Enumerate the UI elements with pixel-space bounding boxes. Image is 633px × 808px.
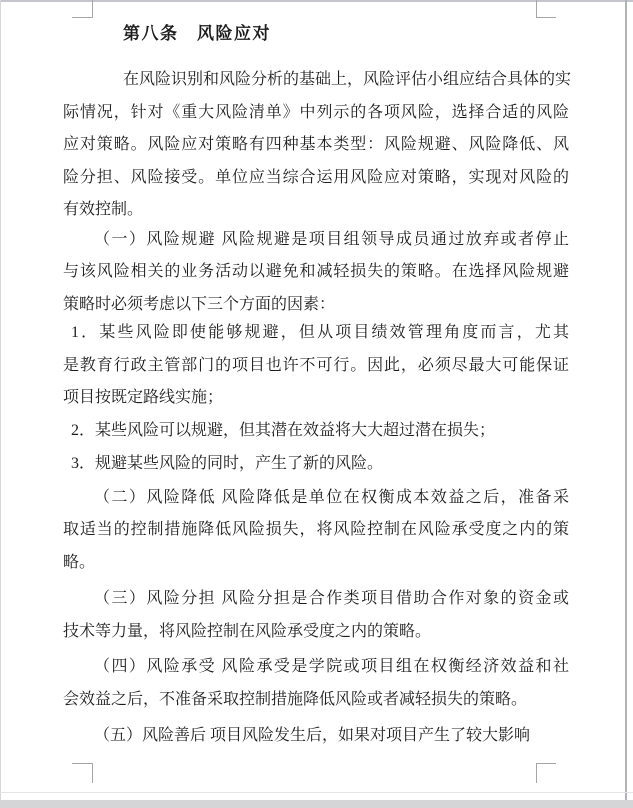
text-line: 在风险识别和风险分析的基础上，风险评估小组应结合具体的实 — [63, 64, 569, 97]
paragraph: （一）风险规避 风险规避是项目组领导成员通过放弃或者停止与该风险相关的业务活动以… — [63, 224, 569, 322]
page-right-edge — [625, 0, 627, 800]
paragraph: （三）风险分担 风险分担是合作类项目借助合作对象的资金或技术等力量，将风险控制在… — [63, 583, 569, 648]
text-line: 险分担、风险接受。单位应当综合运用风险应对策略，实现对风险的 — [63, 162, 569, 195]
text-line: 应对策略。风险应对策略有四种基本类型：风险规避、风险降低、风 — [63, 129, 569, 162]
article-heading: 第八条 风险应对 — [123, 22, 271, 46]
text-line: 项目按既定路线实施； — [63, 382, 569, 415]
text-line: 1．某些风险即使能够规避，但从项目绩效管理角度而言，尤其 — [63, 317, 569, 350]
text-line: （五）风险善后 项目风险发生后，如果对项目产生了较大影响 — [63, 720, 569, 753]
text-line: 际情况，针对《重大风险清单》中列示的各项风险，选择合适的风险 — [63, 97, 569, 130]
crop-mark-top-left — [72, 0, 93, 18]
page-left-edge — [0, 0, 1, 800]
text-line: （一）风险规避 风险规避是项目组领导成员通过放弃或者停止 — [63, 224, 569, 257]
text-line: 略。 — [63, 547, 569, 580]
text-line: 技术等力量，将风险控制在风险承受度之内的策略。 — [63, 616, 569, 649]
text-line: 2．某些风险可以规避，但其潜在效益将大大超过潜在损失； — [63, 415, 569, 448]
crop-mark-bottom-right — [536, 763, 556, 783]
paragraph: （二）风险降低 风险降低是单位在权衡成本效益之后，准备采取适当的控制措施降低风险… — [63, 482, 569, 580]
text-line: 会效益之后，不准备采取控制措施降低风险或者减轻损失的策略。 — [63, 684, 569, 717]
paragraph: 3．规避某些风险的同时，产生了新的风险。 — [63, 448, 569, 481]
document-body: 在风险识别和风险分析的基础上，风险评估小组应结合具体的实际情况，针对《重大风险清… — [63, 64, 569, 753]
text-line: 3．规避某些风险的同时，产生了新的风险。 — [63, 448, 569, 481]
text-line: 取适当的控制措施降低风险损失，将风险控制在风险承受度之内的策 — [63, 514, 569, 547]
crop-mark-top-right — [536, 0, 556, 18]
paragraph: 在风险识别和风险分析的基础上，风险评估小组应结合具体的实际情况，针对《重大风险清… — [63, 64, 569, 227]
below-page-area — [0, 800, 633, 808]
text-line: 是教育行政主管部门的项目也许不可行。因此，必须尽最大可能保证 — [63, 350, 569, 383]
text-line: （二）风险降低 风险降低是单位在权衡成本效益之后，准备采 — [63, 482, 569, 515]
text-line: 有效控制。 — [63, 194, 569, 227]
text-line: （三）风险分担 风险分担是合作类项目借助合作对象的资金或 — [63, 583, 569, 616]
crop-mark-bottom-left — [72, 763, 93, 783]
text-line: （四）风险承受 风险承受是学院或项目组在权衡经济效益和社 — [63, 651, 569, 684]
document-page[interactable]: 第八条 风险应对 在风险识别和风险分析的基础上，风险评估小组应结合具体的实际情况… — [0, 0, 633, 808]
paragraph: （四）风险承受 风险承受是学院或项目组在权衡经济效益和社会效益之后，不准备采取控… — [63, 651, 569, 716]
paragraph: 2．某些风险可以规避，但其潜在效益将大大超过潜在损失； — [63, 415, 569, 448]
paragraph: 1．某些风险即使能够规避，但从项目绩效管理角度而言，尤其是教育行政主管部门的项目… — [63, 317, 569, 415]
paragraph: （五）风险善后 项目风险发生后，如果对项目产生了较大影响 — [63, 720, 569, 753]
text-line: 与该风险相关的业务活动以避免和减轻损失的策略。在选择风险规避 — [63, 256, 569, 289]
page-bottom-edge — [0, 792, 633, 793]
